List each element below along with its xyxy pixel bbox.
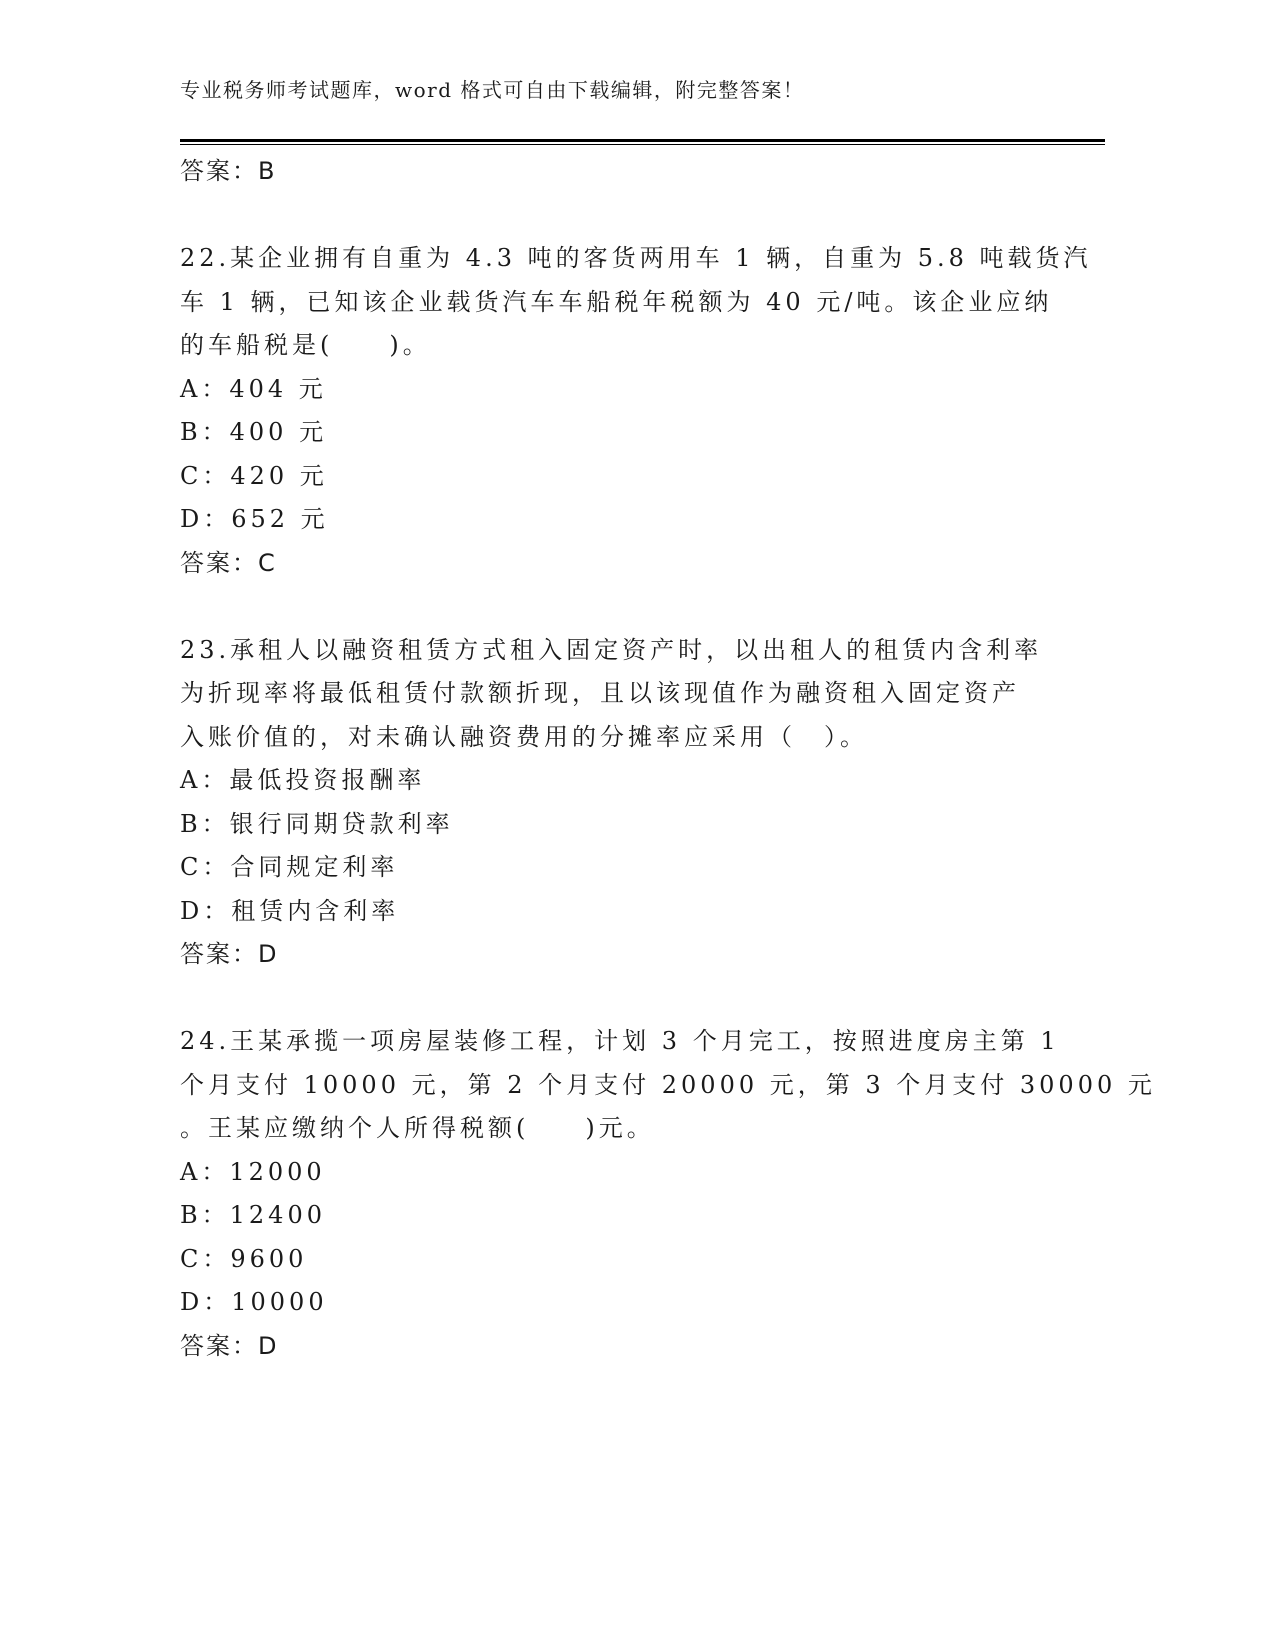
option-a: A：12000: [180, 1151, 1040, 1195]
option-b: B：银行同期贷款利率: [180, 803, 1040, 847]
question-text: 。王某应缴纳个人所得税额( )元。: [180, 1107, 1040, 1151]
question-text: 个月支付 10000 元，第 2 个月支付 20000 元，第 3 个月支付 3…: [180, 1064, 1040, 1108]
question-text: 22.某企业拥有自重为 4.3 吨的客货两用车 1 辆，自重为 5.8 吨载货汽: [180, 237, 1040, 281]
question-text: 的车船税是( )。: [180, 324, 1040, 368]
option-c: C：9600: [180, 1238, 1040, 1282]
option-a: A：404 元: [180, 368, 1040, 412]
option-d: D：租赁内含利率: [180, 890, 1040, 934]
question-24: 24.王某承揽一项房屋装修工程，计划 3 个月完工，按照进度房主第 1 个月支付…: [180, 1020, 1040, 1368]
question-22: 22.某企业拥有自重为 4.3 吨的客货两用车 1 辆，自重为 5.8 吨载货汽…: [180, 237, 1040, 585]
answer: 答案：D: [180, 1325, 1040, 1369]
answer: 答案：D: [180, 933, 1040, 977]
question-text: 车 1 辆，已知该企业载货汽车车船税年税额为 40 元/吨。该企业应纳: [180, 281, 1040, 325]
question-text: 24.王某承揽一项房屋装修工程，计划 3 个月完工，按照进度房主第 1: [180, 1020, 1040, 1064]
option-c: C：合同规定利率: [180, 846, 1040, 890]
question-23: 23.承租人以融资租赁方式租入固定资产时，以出租人的租赁内含利率 为折现率将最低…: [180, 629, 1040, 977]
question-text: 入账价值的，对未确认融资费用的分摊率应采用（ ）。: [180, 716, 1040, 760]
page-header: 专业税务师考试题库，word 格式可自由下载编辑，附完整答案！: [180, 74, 804, 103]
option-c: C：420 元: [180, 455, 1040, 499]
option-a: A：最低投资报酬率: [180, 759, 1040, 803]
option-d: D：10000: [180, 1281, 1040, 1325]
header-rule-thick: [180, 139, 1105, 142]
question-text: 为折现率将最低租赁付款额折现，且以该现值作为融资租入固定资产: [180, 672, 1040, 716]
document-body: 答案：B 22.某企业拥有自重为 4.3 吨的客货两用车 1 辆，自重为 5.8…: [180, 150, 1040, 1368]
option-b: B：400 元: [180, 411, 1040, 455]
question-text: 23.承租人以融资租赁方式租入固定资产时，以出租人的租赁内含利率: [180, 629, 1040, 673]
option-d: D：652 元: [180, 498, 1040, 542]
header-rule-thin: [180, 144, 1105, 145]
answer: 答案：C: [180, 542, 1040, 586]
option-b: B：12400: [180, 1194, 1040, 1238]
previous-answer: 答案：B: [180, 150, 1040, 194]
